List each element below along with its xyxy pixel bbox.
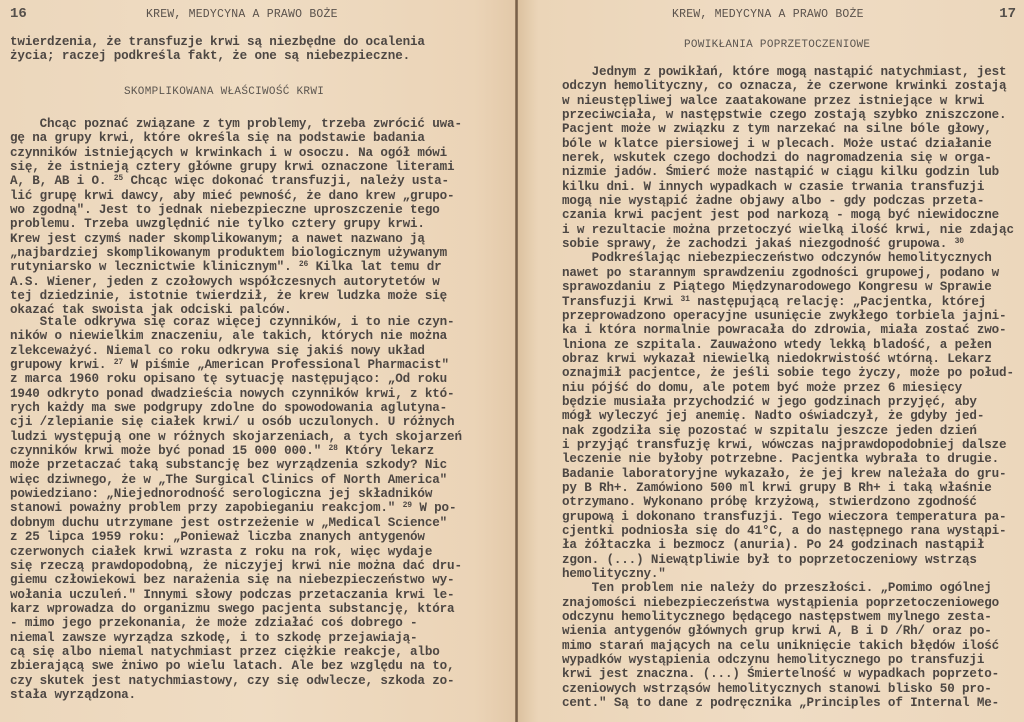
text-line: py B Rh+. Zamówiono 500 ml krwi grupy B …	[562, 481, 1014, 495]
text-line: nawet po starannym sprawdzeniu zgodności…	[562, 266, 1014, 280]
text-line: znajomości niebezpieczeństwa wystąpienia…	[562, 596, 1014, 610]
text-line: Podkreślając niebezpieczeństwo odczynów …	[562, 251, 1014, 265]
text-line: życia; raczej podkreśla fakt, że one są …	[10, 49, 425, 63]
text-line: ka i która normalnie powracała do zdrowi…	[562, 323, 1014, 337]
text-line: przeprowadzono operacyjne usunięcie zwyk…	[562, 309, 1014, 323]
text-line: ników o niewielkim znaczeniu, ale takich…	[10, 329, 462, 343]
page-number-left: 16	[10, 6, 27, 22]
intro-paragraph: twierdzenia, że transfuzje krwi są niezb…	[10, 35, 425, 64]
text-line: stała wyrządzona.	[10, 688, 462, 702]
text-line: odczyn hemolityczny, co oznacza, że czer…	[562, 79, 1014, 93]
text-line: i w rezultacie można przetoczyć wielką i…	[562, 223, 1014, 237]
footnote-marker: 29	[403, 501, 412, 510]
text-line: niu pójść do domu, ale potem być może pr…	[562, 381, 1014, 395]
text-line: odczynu hemolitycznego będącego następst…	[562, 610, 1014, 624]
text-line: wypadków wystąpienia odczynu hemolityczn…	[562, 653, 1014, 667]
text-line: rych każdy ma swe podgrupy zdolne do spo…	[10, 401, 462, 415]
text-line: mogą nie wystąpić żadne objawy albo - gd…	[562, 194, 1014, 208]
text-line: wołania uczuleń." Innymi słowy podczas p…	[10, 588, 462, 602]
text-line: mógł wyleczyć jej anemię. Nadto oświadcz…	[562, 409, 1014, 423]
text-line: cent." Są to dane z podręcznika „Princip…	[562, 696, 1014, 710]
text-line: karz wprowadza do organizmu swego pacjen…	[10, 602, 462, 616]
footnote-marker: 31	[681, 295, 690, 304]
text-line: grupowy krwi. 27 W piśmie „American Prof…	[10, 358, 462, 372]
running-head-left: KREW, MEDYCYNA A PRAWO BOŻE	[146, 8, 338, 21]
text-line: czania krwi pacjent jest pod narkozą - m…	[562, 208, 1014, 222]
text-line: sobie sprawy, że zachodzi jakaś niezgodn…	[562, 237, 1014, 251]
text-line: „najbardziej skomplikowanym produktem bi…	[10, 246, 462, 260]
text-line: cą się albo niemal natychmiast przez cię…	[10, 645, 462, 659]
text-line: problemu. Trzeba uwzględnić nie tylko cz…	[10, 217, 462, 231]
right-page: KREW, MEDYCYNA A PRAWO BOŻE 17 POWIKŁANI…	[518, 0, 1024, 722]
text-line: nerek, wskutek czego dochodzi do nagroma…	[562, 151, 1014, 165]
text-line: tej dziedzinie, istotnie twierdził, że k…	[10, 289, 462, 303]
text-line: zlekceważyć. Niemal co roku odkrywa się …	[10, 344, 462, 358]
text-line: otrzymano. Wykonano próbę krzyżową, stwi…	[562, 495, 1014, 509]
text-line: z 25 lipca 1959 roku: „Ponieważ liczba z…	[10, 530, 462, 544]
text-line: mimo starań mających na celu uniknięcie …	[562, 639, 1014, 653]
text-line: wienia antygenów głównych grup krwi A, B…	[562, 624, 1014, 638]
text-line: więc dziwnego, że w „The Surgical Clinic…	[10, 473, 462, 487]
text-line: Pacjent może w związku z tym narzekać na…	[562, 122, 1014, 136]
text-line: sprawozdaniu z Piątego Międzynarodowego …	[562, 280, 1014, 294]
text-line: lić grupę krwi dawcy, aby mieć pewność, …	[10, 189, 462, 203]
text-line: się, że istnieją cztery główne grupy krw…	[10, 160, 462, 174]
text-line: bóle w klatce piersiowej i w plecach. Mo…	[562, 137, 1014, 151]
text-line: w nieustępliwej walce zaatakowane przez …	[562, 94, 1014, 108]
text-line: nizmie jadów. Śmierć może nastąpić w cią…	[562, 165, 1014, 179]
text-line: niemal zawsze wyrządza szkodę, i to szko…	[10, 631, 462, 645]
text-line: obraz krwi wykazał niewielką niedokrwist…	[562, 352, 1014, 366]
text-line: czynników krwi może być ponad 15 000 000…	[10, 444, 462, 458]
text-line: zgon. (...) Niewątpliwie był to poprzeto…	[562, 553, 1014, 567]
paragraph-1: Chcąc poznać związane z tym problemy, tr…	[10, 117, 462, 318]
footnote-marker: 27	[114, 358, 123, 367]
footnote-marker: 25	[114, 174, 123, 183]
paragraph-2: Stale odkrywa się coraz więcej czynników…	[10, 315, 462, 702]
text-line: dobnym duchu utrzymane jest ostrzeżenie …	[10, 516, 462, 530]
text-line: Ten problem nie należy do przeszłości. „…	[562, 581, 1014, 595]
text-line: kilku dni. W innych wypadkach w czasie t…	[562, 180, 1014, 194]
section-title-left: SKOMPLIKOWANA WŁAŚCIWOŚĆ KRWI	[124, 86, 324, 98]
text-line: się rzeczą prawdopodobną, że niczyjej kr…	[10, 559, 462, 573]
text-line: nak zgodziła się pozostać w szpitalu jes…	[562, 424, 1014, 438]
book-spread: 16 KREW, MEDYCYNA A PRAWO BOŻE twierdzen…	[0, 0, 1024, 722]
text-line: czy skutek jest natychmiastowy, czy się …	[10, 674, 462, 688]
text-line: cjentki podniosła się do 41°C, a do nast…	[562, 524, 1014, 538]
text-line: czeniowych wstrząsów hemolitycznych stan…	[562, 682, 1014, 696]
running-head-right: KREW, MEDYCYNA A PRAWO BOŻE	[672, 8, 864, 21]
text-line: czerwonych ciałek krwi wzrasta z roku na…	[10, 545, 462, 559]
text-line: A, B, AB i O. 25 Chcąc więc dokonać tran…	[10, 174, 462, 188]
text-line: ludzi występują one w różnych skojarzeni…	[10, 430, 462, 444]
text-line: Jednym z powikłań, które mogą nastąpić n…	[562, 65, 1014, 79]
text-line: Transfuzji Krwi 31 następującą relację: …	[562, 295, 1014, 309]
text-line: Krew jest czymś nader skomplikowanym; a …	[10, 232, 462, 246]
left-page: 16 KREW, MEDYCYNA A PRAWO BOŻE twierdzen…	[0, 0, 515, 722]
right-body: Jednym z powikłań, które mogą nastąpić n…	[562, 65, 1014, 710]
text-line: giemu człowiekowi bez narażenia się na n…	[10, 573, 462, 587]
text-line: powiedziano: „Niejednorodność serologicz…	[10, 487, 462, 501]
section-title-right: POWIKŁANIA POPRZETOCZENIOWE	[684, 39, 870, 51]
text-line: może przetaczać taką substancję bez wyrz…	[10, 458, 462, 472]
text-line: zbierającą swe żniwo po wielu latach. Al…	[10, 659, 462, 673]
text-line: krwi jest znaczna. (...) Śmiertelność w …	[562, 667, 1014, 681]
text-line: 1940 odkryto ponad dwadzieścia nowych cz…	[10, 387, 462, 401]
text-line: twierdzenia, że transfuzje krwi są niezb…	[10, 35, 425, 49]
text-line: leczenie nie byłoby potrzebne. Pacjentka…	[562, 452, 1014, 466]
text-line: z marca 1960 roku opisano tę sytuację na…	[10, 372, 462, 386]
text-line: lniona ze szpitala. Zauważono wtedy lekk…	[562, 338, 1014, 352]
text-line: i przyjąć transfuzję krwi, wówczas najpr…	[562, 438, 1014, 452]
page-number-right: 17	[999, 6, 1016, 22]
text-line: oznajmił pacjentce, że jeśli sobie tego …	[562, 366, 1014, 380]
text-line: hemolityczny."	[562, 567, 1014, 581]
text-line: będzie musiała przychodzić w jego godzin…	[562, 395, 1014, 409]
text-line: cji /zlepianie się ciałek krwi/ u osób u…	[10, 415, 462, 429]
text-line: Badanie laboratoryjne wykazało, że jej k…	[562, 467, 1014, 481]
text-line: stanowi poważny problem przy zapobiegani…	[10, 501, 462, 515]
footnote-marker: 26	[299, 260, 308, 269]
text-line: przeciwciała, w następstwie czego zostaj…	[562, 108, 1014, 122]
text-line: czynników istniejących w krwinkach i w o…	[10, 146, 462, 160]
text-line: ła żółtaczka i bezmocz (anuria). Po 24 g…	[562, 538, 1014, 552]
text-line: Chcąc poznać związane z tym problemy, tr…	[10, 117, 462, 131]
footnote-marker: 30	[955, 237, 964, 246]
text-line: A.S. Wiener, jeden z czołowych współczes…	[10, 275, 462, 289]
footnote-marker: 28	[329, 444, 338, 453]
text-line: wo zgodną". Jest to jednak niebezpieczne…	[10, 203, 462, 217]
text-line: gę na grupy krwi, które określa się na p…	[10, 131, 462, 145]
text-line: grupową i dokonano transfuzji. Tego wiec…	[562, 510, 1014, 524]
text-line: Stale odkrywa się coraz więcej czynników…	[10, 315, 462, 329]
text-line: - mimo jego przekonania, że może zdziała…	[10, 616, 462, 630]
text-line: rutyniarsko w lecznictwie klinicznym". 2…	[10, 260, 462, 274]
